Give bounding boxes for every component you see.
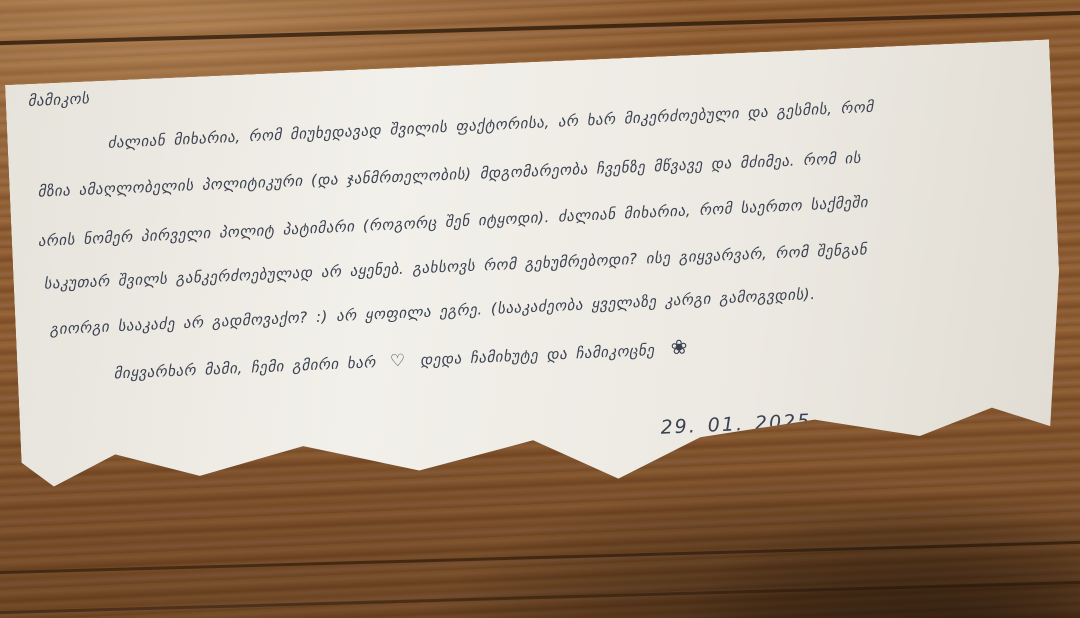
letter-line: ძალიან მიხარია, რომ მიუხედავად შვილის ფა… <box>107 98 874 152</box>
heart-icon: ♡ <box>384 351 413 372</box>
closing-text-after-heart: დედა ჩამიხუტე და ჩამიკოცნე <box>420 341 655 369</box>
wood-grain-line <box>0 540 1080 575</box>
closing-text-before-heart: მიყვარხარ მამი, ჩემი გმირი ხარ <box>113 353 376 382</box>
photo-frame: მამიკოს ძალიან მიხარია, რომ მიუხედავად შ… <box>0 0 1080 618</box>
flower-icon: ❀ <box>662 334 688 359</box>
letter-closing-line: მიყვარხარ მამი, ჩემი გმირი ხარ ♡ დედა ჩა… <box>113 334 688 383</box>
wood-grain-line <box>0 580 1080 615</box>
letter-line: საკუთარ შვილს განკერძოებულად არ აყენებ. … <box>43 240 867 292</box>
letter-line: მზია ამაღლობელის პოლიტიკური (და ჯანმრთელ… <box>37 149 861 201</box>
letter-line: არის ნომერ პირველი პოლიტ პატიმარი (როგორ… <box>37 193 868 250</box>
wood-plank-gap <box>0 10 1080 46</box>
salutation: მამიკოს <box>27 89 90 110</box>
letter-line: გიორგი სააკაძე არ გადმოვაქო? :) არ ყოფილ… <box>49 285 816 338</box>
